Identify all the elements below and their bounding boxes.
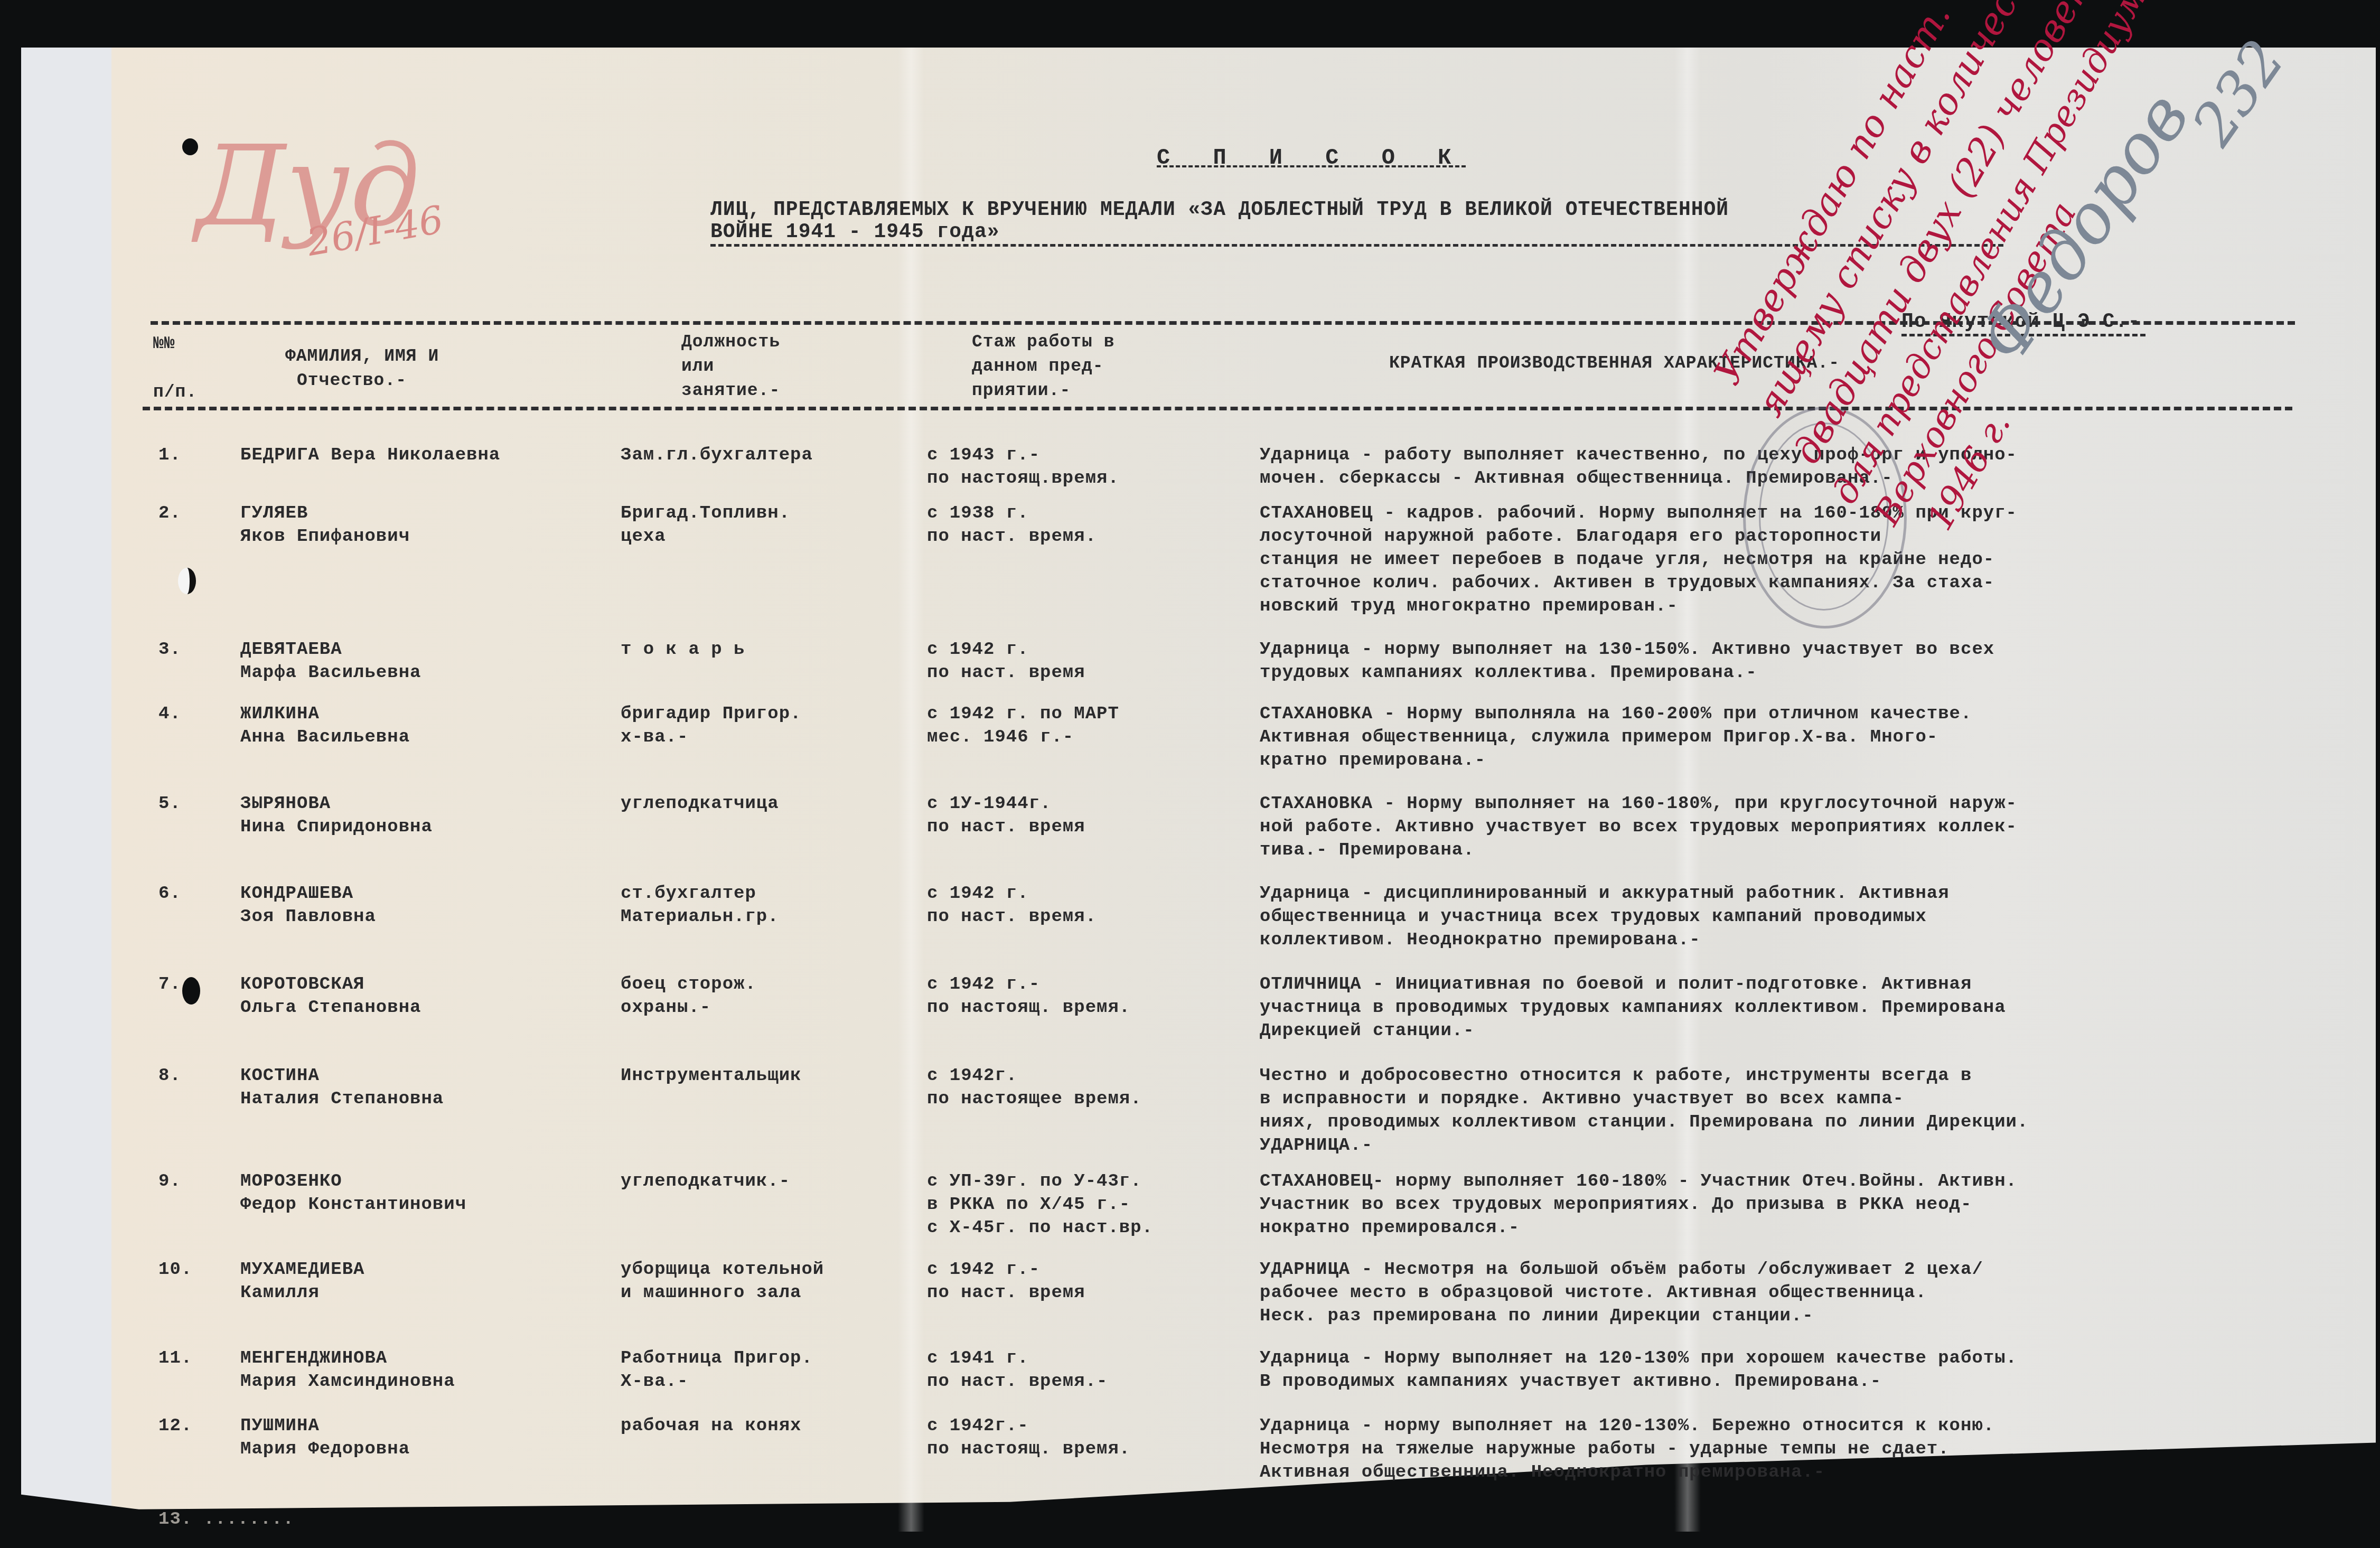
row-characteristic: СТАХАНОВКА - Норму выполняла на 160-200%… <box>1260 702 2247 772</box>
row-number: 8. <box>158 1064 181 1087</box>
row-position: Бригад.Топливн. <box>621 502 790 525</box>
row-tenure: по наст. время. <box>927 905 1097 928</box>
col-header-name: ФАМИЛИЯ, ИМЯ ИОтчество.- <box>285 344 439 393</box>
row-number: 7. <box>158 973 181 996</box>
row-tenure: мес. 1946 г.- <box>927 726 1074 749</box>
row-tenure: по наст. время <box>927 661 1085 684</box>
col-header-position: Должностьилизанятие.- <box>681 330 780 403</box>
row-tenure: с 1942 г.- <box>927 1258 1040 1281</box>
row-surname: ГУЛЯЕВ <box>240 502 308 525</box>
row-position: боец сторож. <box>621 973 756 996</box>
row-given-name: Нина Спиридоновна <box>240 815 433 839</box>
row-tenure: по настоящее время. <box>927 1087 1142 1111</box>
row-characteristic: Ударница - Норму выполняет на 120-130% п… <box>1260 1347 2247 1393</box>
row-surname: МОРОЗЕНКО <box>240 1170 342 1193</box>
row-surname: МУХАМЕДИЕВА <box>240 1258 364 1281</box>
row-tenure: с 1942 г. <box>927 882 1029 905</box>
row-tenure: с 1942г. <box>927 1064 1017 1087</box>
row-position: т о к а р ь <box>621 638 745 661</box>
row-number: 9. <box>158 1170 181 1193</box>
row-number: 1. <box>158 444 181 467</box>
paper-fold <box>898 48 924 1532</box>
punch-hole <box>178 568 196 594</box>
row-number: 3. <box>158 638 181 661</box>
row-position: углеподкатчик.- <box>621 1170 790 1193</box>
row-characteristic: ОТЛИЧНИЦА - Инициативная по боевой и пол… <box>1260 973 2247 1043</box>
row-surname: КОНДРАШЕВА <box>240 882 353 905</box>
row-tenure: с 1941 г. <box>927 1347 1029 1370</box>
row-tenure: по наст. время <box>927 1281 1085 1305</box>
row-number: 10. <box>158 1258 192 1281</box>
row-characteristic: Ударница - норму выполняет на 130-150%. … <box>1260 638 2247 684</box>
punch-hole <box>182 977 200 1005</box>
row-surname: ДЕВЯТАЕВА <box>240 638 342 661</box>
row-tenure: с 1938 г. <box>927 502 1029 525</box>
row-given-name: Федор Константинович <box>240 1193 466 1216</box>
row-surname: МЕНГЕНДЖИНОВА <box>240 1347 387 1370</box>
row-given-name: Анна Васильевна <box>240 726 410 749</box>
row-tenure: по настоящ. время. <box>927 1438 1130 1461</box>
row-characteristic: СТАХАНОВКА - Норму выполняет на 160-180%… <box>1260 792 2247 862</box>
row-position: х-ва.- <box>621 726 688 749</box>
row-tenure: с 1942 г.- <box>927 973 1040 996</box>
row-position: Материальн.гр. <box>621 905 779 928</box>
row-given-name: Наталия Степановна <box>240 1087 444 1111</box>
row-tenure: по настоящ.время. <box>927 467 1119 490</box>
row-given-name: Камилля <box>240 1281 320 1305</box>
row-number: 5. <box>158 792 181 815</box>
row-tenure: по наст. время. <box>927 525 1097 548</box>
col-header-tenure: Стаж работы вданном пред-приятии.- <box>972 330 1114 403</box>
row-tenure: по наст. время <box>927 815 1085 839</box>
row-given-name: Ольга Степановна <box>240 996 421 1019</box>
document-subtitle-line1: ЛИЦ, ПРЕДСТАВЛЯЕМЫХ К ВРУЧЕНИЮ МЕДАЛИ «З… <box>710 199 1729 222</box>
row-tenure: в РККА по Х/45 г.- <box>927 1193 1130 1216</box>
row-position: ст.бухгалтер <box>621 882 756 905</box>
row-tenure: по настоящ. время. <box>927 996 1130 1019</box>
row-characteristic: УДАРНИЦА - Несмотря на большой объём раб… <box>1260 1258 2247 1328</box>
row-given-name: Мария Хамсиндиновна <box>240 1370 455 1393</box>
row-position: и машинного зала <box>621 1281 801 1305</box>
row-position: углеподкатчица <box>621 792 779 815</box>
row-characteristic: СТАХАНОВЕЦ- норму выполняет 160-180% - У… <box>1260 1170 2247 1240</box>
row-position: бригадир Пригор. <box>621 702 801 726</box>
row-tenure: с 1942 г. по МАРТ <box>927 702 1119 726</box>
row-position: охраны.- <box>621 996 711 1019</box>
row-position: Работница Пригор. <box>621 1347 813 1370</box>
row-given-name: Мария Федоровна <box>240 1438 410 1461</box>
row-surname: ЗЫРЯНОВА <box>240 792 331 815</box>
faded-next-row: 13. ........ <box>158 1508 294 1531</box>
row-characteristic: Честно и добросовестно относится к работ… <box>1260 1064 2247 1157</box>
row-position: цеха <box>621 525 666 548</box>
row-tenure: с 1942 г. <box>927 638 1029 661</box>
row-position: Инструментальщик <box>621 1064 801 1087</box>
row-number: 6. <box>158 882 181 905</box>
row-number: 11. <box>158 1347 192 1370</box>
row-surname: ЖИЛКИНА <box>240 702 320 726</box>
row-given-name: Яков Епифанович <box>240 525 410 548</box>
row-position: рабочая на конях <box>621 1414 801 1438</box>
row-tenure: с УП-39г. по У-43г. <box>927 1170 1142 1193</box>
row-given-name: Зоя Павловна <box>240 905 376 928</box>
row-characteristic: Ударница - дисциплинированный и аккуратн… <box>1260 882 2247 952</box>
row-surname: ПУШМИНА <box>240 1414 320 1438</box>
row-surname: КОСТИНА <box>240 1064 320 1087</box>
row-tenure: с 1943 г.- <box>927 444 1040 467</box>
row-position: Зам.гл.бухгалтера <box>621 444 813 467</box>
row-tenure: по наст. время.- <box>927 1370 1108 1393</box>
row-characteristic: Ударница - норму выполняет на 120-130%. … <box>1260 1414 2247 1484</box>
row-tenure: с Х-45г. по наст.вр. <box>927 1216 1153 1240</box>
row-tenure: с 1У-1944г. <box>927 792 1051 815</box>
row-number: 2. <box>158 502 181 525</box>
row-number: 12. <box>158 1414 192 1438</box>
row-surname: БЕДРИГА Вера Николаевна <box>240 444 500 467</box>
row-position: Х-ва.- <box>621 1370 688 1393</box>
row-surname: КОРОТОВСКАЯ <box>240 973 364 996</box>
row-position: уборщица котельной <box>621 1258 824 1281</box>
document-title: С П И С О К <box>1157 145 1466 171</box>
row-given-name: Марфа Васильевна <box>240 661 421 684</box>
col-header-num: №№п/п. <box>153 332 197 405</box>
row-number: 4. <box>158 702 181 726</box>
row-tenure: с 1942г.- <box>927 1414 1029 1438</box>
